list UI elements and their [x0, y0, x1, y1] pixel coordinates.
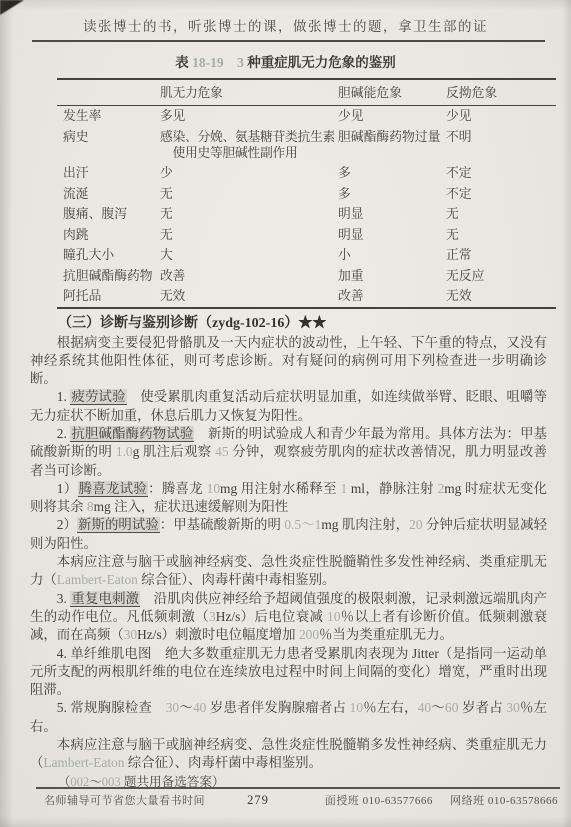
text-run: ：甲基硫酸新斯的明 — [160, 517, 285, 532]
table-column-header: 反拗危象 — [446, 79, 556, 106]
footer-contact-online: 网络班 010-63578666 — [450, 795, 558, 807]
text-run: 综合征）、肉毒杆菌中毒相鉴别。 — [124, 755, 322, 770]
table-column-header: 胆碱能危象 — [338, 79, 446, 106]
crisis-comparison-table: 肌无力危象胆碱能危象反拗危象 发生率多见少见少见病史感染、分娩、氨基糖苷类抗生素… — [57, 78, 556, 309]
table-column-header: 肌无力危象 — [160, 79, 338, 106]
paragraph: 1. 疲劳试验 使受累肌肉重复活动后症状明显加重，如连续做举臂、眨眼、咀嚼等无力… — [30, 388, 547, 425]
row-label: 腹痛、腹泻 — [57, 204, 160, 225]
header-rule — [32, 40, 545, 42]
faint-text-run: 45 — [215, 444, 228, 459]
text-run: ：腾喜龙 — [148, 481, 207, 496]
faint-text-run: 8 — [87, 499, 94, 514]
highlighted-term: 重复电刺激 — [70, 591, 140, 607]
text-run: 岁者占 — [458, 700, 506, 715]
footer-contact-onsite: 面授班 010-63577666 — [325, 795, 433, 807]
page-number: 279 — [247, 793, 269, 808]
row-label: 抗胆碱酯酶药物 — [57, 266, 160, 287]
faint-text-run: 200 — [299, 627, 319, 642]
text-run: 1） — [57, 481, 78, 496]
table-row: 腹痛、腹泻无明显无 — [57, 204, 556, 225]
highlighted-term: 腾喜龙试验 — [78, 481, 149, 497]
faint-text-run: 60 — [445, 700, 458, 715]
paragraph: 2）新斯的明试验：甲基硫酸新斯的明 0.5～1mg 肌肉注射，20 分钟后症状明… — [30, 516, 547, 553]
faint-text-run: 3 — [209, 609, 216, 624]
highlighted-term: 疲劳试验 — [70, 389, 126, 405]
faint-text-run: 30 — [166, 700, 179, 715]
page-footer: 名师辅导可节省您大量看书时间 279 面授班 010-63577666 网络班 … — [0, 787, 571, 808]
table-cell: 改善 — [160, 266, 338, 287]
text-run: mg 用注射水稀释至 — [220, 481, 340, 496]
text-run: 1. — [57, 389, 71, 404]
table-cell: 感染、分娩、氨基糖苷类抗生素 使用史等胆碱性副作用 — [160, 127, 338, 164]
text-run: 2） — [57, 517, 77, 532]
paragraph: 本病应注意与脑干或脑神经病变、急性炎症性脱髓鞘性多发性神经病、类重症肌无力（La… — [30, 553, 547, 590]
paragraph: 5. 常规胸腺检查 30～40 岁患者伴发胸腺瘤者占 10％左右，40～60 岁… — [30, 699, 547, 736]
row-label: 出汗 — [57, 163, 160, 184]
row-label: 流涎 — [57, 184, 160, 205]
faint-text-run: 10 — [350, 700, 363, 715]
text-run: Hz/s）刺激时电位幅度增加 — [137, 627, 299, 642]
table-cell: 明显 — [338, 225, 446, 246]
text-run — [224, 55, 238, 70]
faint-text-run: 30 — [506, 700, 519, 715]
table-caption: 表 18-19 3 种重症肌无力危象的鉴别 — [0, 54, 571, 72]
text-run: ml，静脉注射 — [347, 481, 437, 496]
paragraph: 根据病变主要侵犯骨骼肌及一天内症状的波动性，上午轻、下午重的特点，又没有神经系统… — [30, 334, 547, 389]
table-cell: 少见 — [446, 106, 556, 127]
text-run: ％左右， — [363, 700, 418, 715]
faint-text-run: 10 — [327, 609, 340, 624]
text-run: 综合征）、肉毒杆菌中毒相鉴别。 — [138, 572, 336, 587]
paragraph: 4. 单纤维肌电图 绝大多数重症肌无力患者受累肌肉表现为 Jitter（是指同一… — [30, 645, 547, 700]
row-label: 病史 — [57, 127, 160, 164]
table-cell: 大 — [160, 245, 338, 266]
table-row: 出汗少多不定 — [57, 163, 556, 184]
table-cell: 少见 — [338, 106, 446, 127]
table-row: 阿托品无效改善无效 — [57, 286, 556, 308]
scan-corner-mark — [0, 0, 24, 15]
text-run: ～ — [431, 700, 445, 715]
row-label: 瞳孔大小 — [57, 245, 160, 266]
book-page-scan: 读张博士的书，听张博士的课，做张博士的题，拿卫生部的证 表 18-19 3 种重… — [0, 0, 571, 827]
text-run: 种重症肌无力危象的鉴别 — [244, 55, 396, 70]
table-cell: 少 — [160, 163, 338, 184]
table-cell: 小 — [338, 245, 446, 266]
faint-text-run: 10 — [207, 481, 220, 496]
table-cell: 无反应 — [446, 266, 556, 287]
text-run: 5. 常规胸腺检查 — [57, 700, 166, 715]
row-label: 肉跳 — [57, 225, 160, 246]
faint-text-run: 40 — [418, 700, 431, 715]
table-body: 发生率多见少见少见病史感染、分娩、氨基糖苷类抗生素 使用史等胆碱性副作用胆碱酯酶… — [57, 106, 556, 308]
faint-text-run: 1.0 — [116, 444, 133, 459]
highlighted-term: 抗胆碱酯酶药物试验 — [70, 426, 194, 442]
table-cell: 无 — [446, 225, 556, 246]
table-cell: 无 — [160, 184, 338, 205]
table-cell: 无效 — [160, 286, 338, 308]
table-cell: 不明 — [446, 127, 556, 164]
faint-text-run: 18-19 — [192, 55, 224, 70]
faint-text-run: Lambert-Eaton — [43, 755, 124, 770]
main-text-column: （三）诊断与鉴别诊断（zydg-102-16）★★ 根据病变主要侵犯骨骼肌及一天… — [30, 314, 547, 791]
table-cell: 无 — [160, 204, 338, 225]
table-row: 瞳孔大小大小正常 — [57, 245, 556, 266]
table-cell: 胆碱酯酶药物过量 — [338, 127, 446, 164]
text-run: 根据病变主要侵犯骨骼肌及一天内症状的波动性，上午轻、下午重的特点，又没有神经系统… — [30, 335, 547, 387]
faint-text-run: 3 — [237, 55, 244, 70]
table-cell: 改善 — [338, 286, 446, 308]
text-run: mg 注入，症状迅速缓解则为阳性 — [94, 499, 289, 514]
table-cell: 无 — [446, 204, 556, 225]
footer-left-note: 名师辅导可节省您大量看书时间 — [44, 792, 205, 808]
text-run: g 肌注后观察 — [133, 444, 216, 459]
table-row: 抗胆碱酯酶药物改善加重无反应 — [57, 266, 556, 287]
paragraph: 2. 抗胆碱酯酶药物试验 新斯的明试验成人和青少年最为常用。具体方法为：甲基硫酸… — [30, 425, 547, 480]
footer-contacts: 面授班 010-63577666 网络班 010-63578666 — [311, 792, 558, 808]
table-row: 发生率多见少见少见 — [57, 106, 556, 127]
header-motto: 读张博士的书，听张博士的课，做张博士的题，拿卫生部的证 — [0, 19, 571, 35]
paragraph: 1）腾喜龙试验：腾喜龙 10mg 用注射水稀释至 1 ml，静脉注射 2mg 时… — [30, 480, 547, 517]
table-cell: 不定 — [446, 184, 556, 205]
table-cell: 无效 — [446, 286, 556, 308]
table-row: 肉跳无明显无 — [57, 225, 556, 246]
table-row: 病史感染、分娩、氨基糖苷类抗生素 使用史等胆碱性副作用胆碱酯酶药物过量不明 — [57, 127, 556, 164]
table-column-header — [57, 79, 160, 106]
table-cell: 多 — [338, 163, 446, 184]
table-cell: 正常 — [446, 245, 556, 266]
faint-text-run: 0.5～1 — [284, 517, 321, 532]
text-run: 3. — [57, 591, 71, 606]
page-header: 读张博士的书，听张博士的课，做张博士的题，拿卫生部的证 — [0, 0, 571, 42]
faint-text-run: 40 — [193, 700, 206, 715]
text-run: Hz/s）后电位衰减 — [216, 609, 327, 624]
text-run: 2. — [57, 426, 71, 441]
row-label: 阿托品 — [57, 286, 160, 308]
row-label: 发生率 — [57, 106, 160, 127]
table-cell: 不定 — [446, 163, 556, 184]
table-cell: 多 — [338, 184, 446, 205]
text-run: 表 — [175, 55, 192, 70]
table-cell: 无 — [160, 225, 338, 246]
text-run: ～ — [179, 700, 193, 715]
text-run: ％当为类重症肌无力。 — [319, 627, 453, 642]
faint-text-run: Lambert-Eaton — [57, 572, 138, 587]
table-row: 流涎无多不定 — [57, 184, 556, 205]
text-run: mg 肌肉注射， — [321, 517, 409, 532]
table-header-row: 肌无力危象胆碱能危象反拗危象 — [57, 79, 556, 106]
text-run: 岁患者伴发胸腺瘤者占 — [206, 700, 349, 715]
body-text: 根据病变主要侵犯骨骼肌及一天内症状的波动性，上午轻、下午重的特点，又没有神经系统… — [30, 334, 547, 791]
paragraph: 3. 重复电刺激 沿肌肉供应神经给予超阈值强度的极限刺激，记录刺激远端肌肉产生的… — [30, 590, 547, 645]
table-cell: 多见 — [160, 106, 338, 127]
faint-text-run: 20 — [409, 517, 422, 532]
faint-text-run: 30 — [124, 627, 137, 642]
section-heading: （三）诊断与鉴别诊断（zydg-102-16）★★ — [30, 314, 547, 334]
table-cell: 明显 — [338, 204, 446, 225]
table-cell: 加重 — [338, 266, 446, 287]
highlighted-term: 新斯的明试验 — [77, 517, 160, 533]
paragraph: 本病应注意与脑干或脑神经病变、急性炎症性脱髓鞘多发性神经病、类重症肌无力（Lam… — [30, 736, 547, 773]
table-head: 肌无力危象胆碱能危象反拗危象 — [57, 79, 556, 106]
footer-row: 名师辅导可节省您大量看书时间 279 面授班 010-63577666 网络班 … — [0, 789, 571, 808]
text-run: 4. 单纤维肌电图 绝大多数重症肌无力患者受累肌肉表现为 Jitter（是指同一… — [30, 646, 547, 698]
